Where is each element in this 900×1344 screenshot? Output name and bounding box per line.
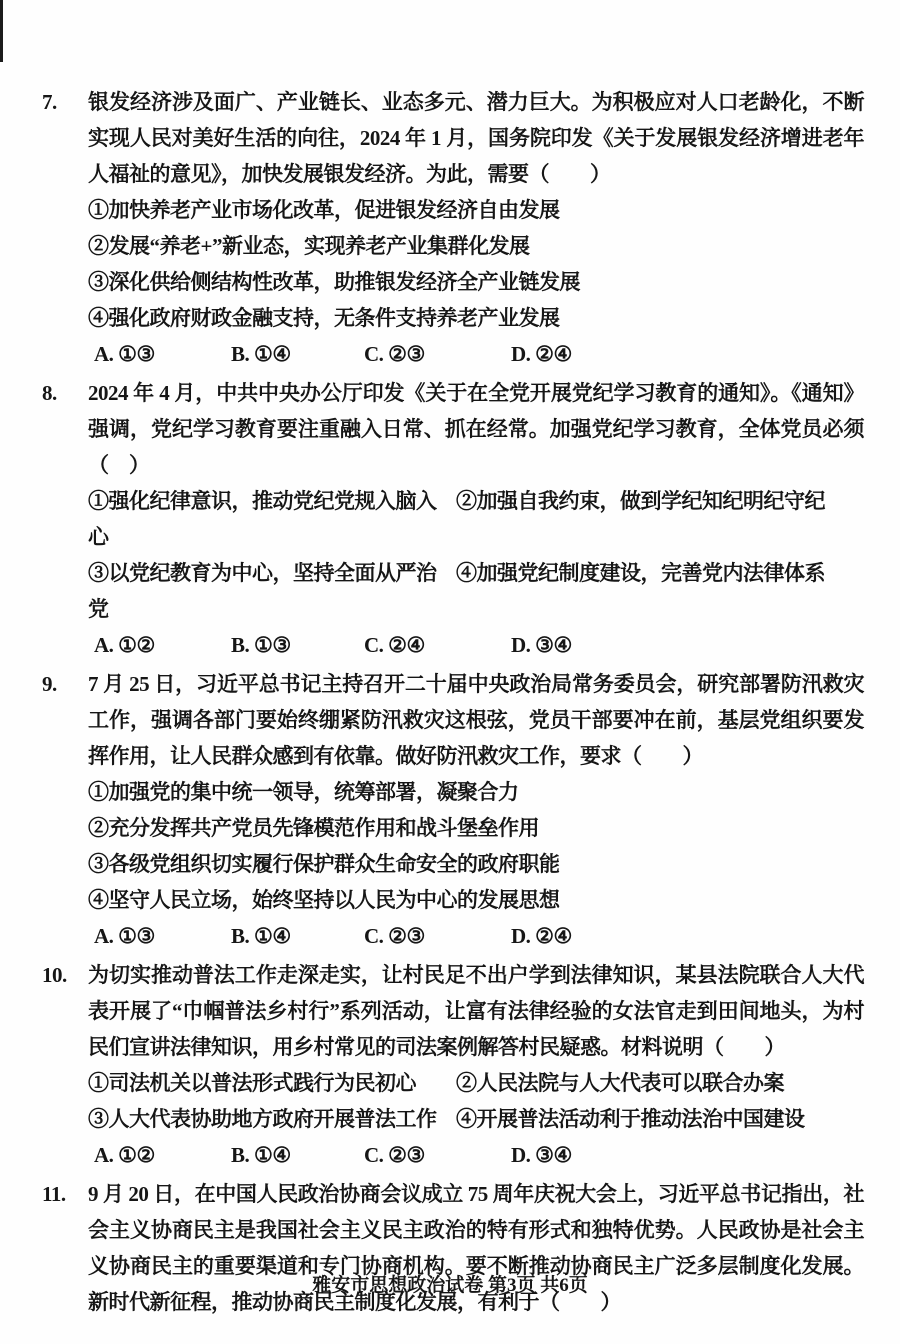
choice-a: A. ①③ xyxy=(94,336,231,372)
question-number: 10. xyxy=(42,957,67,993)
question-11: 11. 9 月 20 日，在中国人民政治协商会议成立 75 周年庆祝大会上，习近… xyxy=(40,1176,864,1320)
question-stem: 7 月 25 日，习近平总书记主持召开二十届中央政治局常务委员会，研究部署防汛救… xyxy=(88,666,864,774)
question-list: 7. 银发经济涉及面广、产业链长、业态多元、潜力巨大。为积极应对人口老龄化，不断… xyxy=(40,84,864,1323)
statement-list: ①加快养老产业市场化改革，促进银发经济自由发展 ②发展“养老+”新业态，实现养老… xyxy=(88,192,864,336)
statement-4: ④坚守人民立场，始终坚持以人民为中心的发展思想 xyxy=(88,882,864,918)
choice-c: C. ②③ xyxy=(364,1137,511,1173)
question-number: 7. xyxy=(42,84,57,120)
choice-c: C. ②③ xyxy=(364,336,511,372)
choice-c: C. ②③ xyxy=(364,918,511,954)
choice-d: D. ②④ xyxy=(511,918,572,954)
answer-choices: A. ①③ B. ①④ C. ②③ D. ②④ xyxy=(88,918,864,954)
question-7: 7. 银发经济涉及面广、产业链长、业态多元、潜力巨大。为积极应对人口老龄化，不断… xyxy=(40,84,864,372)
question-number: 11. xyxy=(42,1176,66,1212)
exam-page: 7. 银发经济涉及面广、产业链长、业态多元、潜力巨大。为积极应对人口老龄化，不断… xyxy=(0,0,900,1344)
statement-3: ③以党纪教育为中心，坚持全面从严治党 xyxy=(88,555,456,627)
statement-3: ③深化供给侧结构性改革，助推银发经济全产业链发展 xyxy=(88,264,864,300)
statement-1: ①司法机关以普法形式践行为民初心 xyxy=(88,1065,456,1101)
answer-choices: A. ①② B. ①③ C. ②④ D. ③④ xyxy=(88,627,864,663)
choice-b: B. ①④ xyxy=(231,1137,364,1173)
statement-2: ②充分发挥共产党员先锋模范作用和战斗堡垒作用 xyxy=(88,810,864,846)
question-number: 9. xyxy=(42,666,57,702)
answer-choices: A. ①② B. ①④ C. ②③ D. ③④ xyxy=(88,1137,864,1173)
question-stem: 银发经济涉及面广、产业链长、业态多元、潜力巨大。为积极应对人口老龄化，不断实现人… xyxy=(88,84,864,192)
question-stem: 2024 年 4 月，中共中央办公厅印发《关于在全党开展党纪学习教育的通知》。《… xyxy=(88,375,864,483)
question-stem: 9 月 20 日，在中国人民政治协商会议成立 75 周年庆祝大会上，习近平总书记… xyxy=(88,1176,864,1320)
statement-3: ③各级党组织切实履行保护群众生命安全的政府职能 xyxy=(88,846,864,882)
statement-1: ①加快养老产业市场化改革，促进银发经济自由发展 xyxy=(88,192,864,228)
statement-list: ①强化纪律意识，推动党纪党规入脑入心 ②加强自我约束，做到学纪知纪明纪守纪 ③以… xyxy=(88,483,864,627)
choice-d: D. ②④ xyxy=(511,336,572,372)
statement-3: ③人大代表协助地方政府开展普法工作 xyxy=(88,1101,456,1137)
choice-b: B. ①③ xyxy=(231,627,364,663)
choice-a: A. ①② xyxy=(94,627,231,663)
scan-artifact-line xyxy=(0,0,3,62)
statement-2: ②加强自我约束，做到学纪知纪明纪守纪 xyxy=(456,483,864,555)
statement-1: ①强化纪律意识，推动党纪党规入脑入心 xyxy=(88,483,456,555)
question-number: 8. xyxy=(42,375,57,411)
answer-choices: A. ①③ B. ①④ C. ②③ D. ②④ xyxy=(88,336,864,372)
choice-d: D. ③④ xyxy=(511,627,572,663)
page-footer: 雅安市思想政治试卷 第3页 共6页 xyxy=(0,1270,900,1297)
statement-1: ①加强党的集中统一领导，统筹部署，凝聚合力 xyxy=(88,774,864,810)
question-stem: 为切实推动普法工作走深走实，让村民足不出户学到法律知识，某县法院联合人大代表开展… xyxy=(88,957,864,1065)
choice-b: B. ①④ xyxy=(231,918,364,954)
statement-4: ④强化政府财政金融支持，无条件支持养老产业发展 xyxy=(88,300,864,336)
choice-c: C. ②④ xyxy=(364,627,511,663)
choice-a: A. ①③ xyxy=(94,918,231,954)
choice-b: B. ①④ xyxy=(231,336,364,372)
statement-2: ②人民法院与人大代表可以联合办案 xyxy=(456,1065,864,1101)
choice-a: A. ①② xyxy=(94,1137,231,1173)
statement-2: ②发展“养老+”新业态，实现养老产业集群化发展 xyxy=(88,228,864,264)
statement-4: ④开展普法活动利于推动法治中国建设 xyxy=(456,1101,864,1137)
question-10: 10. 为切实推动普法工作走深走实，让村民足不出户学到法律知识，某县法院联合人大… xyxy=(40,957,864,1173)
statement-list: ①加强党的集中统一领导，统筹部署，凝聚合力 ②充分发挥共产党员先锋模范作用和战斗… xyxy=(88,774,864,918)
statement-list: ①司法机关以普法形式践行为民初心 ②人民法院与人大代表可以联合办案 ③人大代表协… xyxy=(88,1065,864,1137)
question-8: 8. 2024 年 4 月，中共中央办公厅印发《关于在全党开展党纪学习教育的通知… xyxy=(40,375,864,663)
question-9: 9. 7 月 25 日，习近平总书记主持召开二十届中央政治局常务委员会，研究部署… xyxy=(40,666,864,954)
choice-d: D. ③④ xyxy=(511,1137,572,1173)
statement-4: ④加强党纪制度建设，完善党内法律体系 xyxy=(456,555,864,627)
